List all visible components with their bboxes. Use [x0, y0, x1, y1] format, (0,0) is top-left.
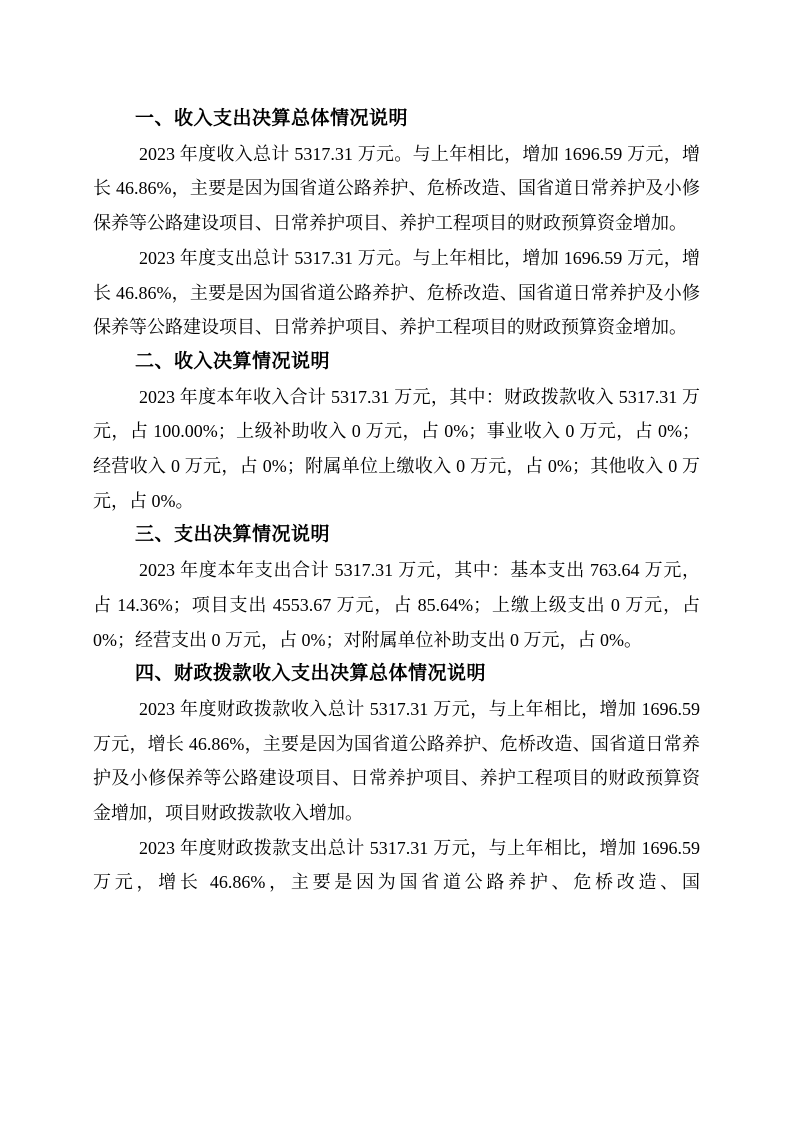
section-4-heading: 四、财政拨款收入支出决算总体情况说明: [93, 657, 700, 692]
section-1-heading: 一、收入支出决算总体情况说明: [93, 102, 700, 137]
section-2-paragraph-income-detail: 2023 年度本年收入合计 5317.31 万元，其中：财政拨款收入 5317.…: [93, 380, 700, 519]
section-1-paragraph-expenditure-total: 2023 年度支出总计 5317.31 万元。与上年相比，增加 1696.59 …: [93, 241, 700, 345]
section-4-paragraph-fiscal-income: 2023 年度财政拨款收入总计 5317.31 万元，与上年相比，增加 1696…: [93, 692, 700, 831]
section-1-paragraph-income-total: 2023 年度收入总计 5317.31 万元。与上年相比，增加 1696.59 …: [93, 137, 700, 241]
section-3-heading: 三、支出决算情况说明: [93, 518, 700, 553]
section-2-heading: 二、收入决算情况说明: [93, 345, 700, 380]
document-page: 一、收入支出决算总体情况说明 2023 年度收入总计 5317.31 万元。与上…: [0, 0, 793, 1122]
document-body: 一、收入支出决算总体情况说明 2023 年度收入总计 5317.31 万元。与上…: [93, 102, 700, 900]
section-3-paragraph-expenditure-detail: 2023 年度本年支出合计 5317.31 万元，其中：基本支出 763.64 …: [93, 553, 700, 657]
section-4-paragraph-fiscal-expenditure-truncated: 2023 年度财政拨款支出总计 5317.31 万元，与上年相比，增加 1696…: [93, 831, 700, 900]
